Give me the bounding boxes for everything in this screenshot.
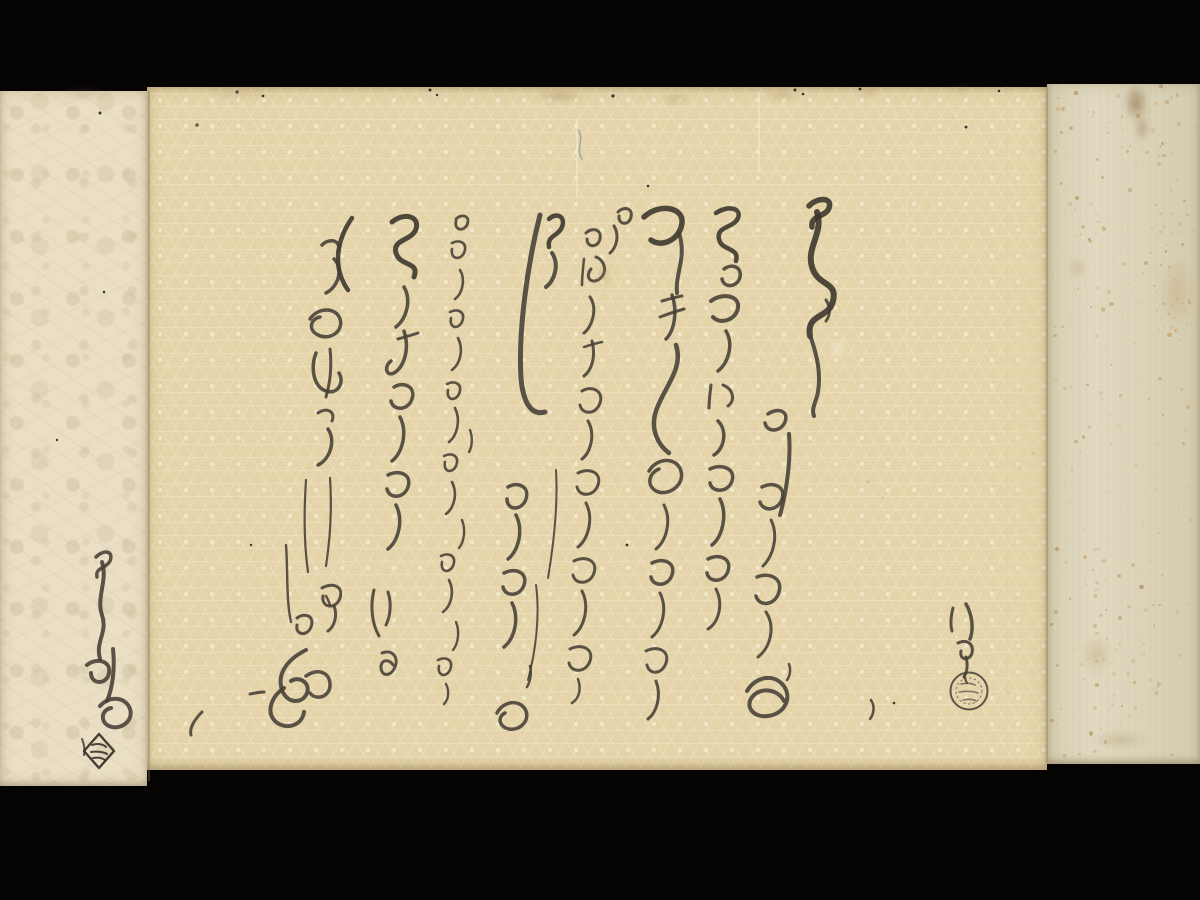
mounting-panel-right [1047, 84, 1200, 764]
poem-sheet [147, 87, 1047, 770]
scroll-photograph [0, 0, 1200, 900]
mounting-panel-left [0, 91, 147, 786]
